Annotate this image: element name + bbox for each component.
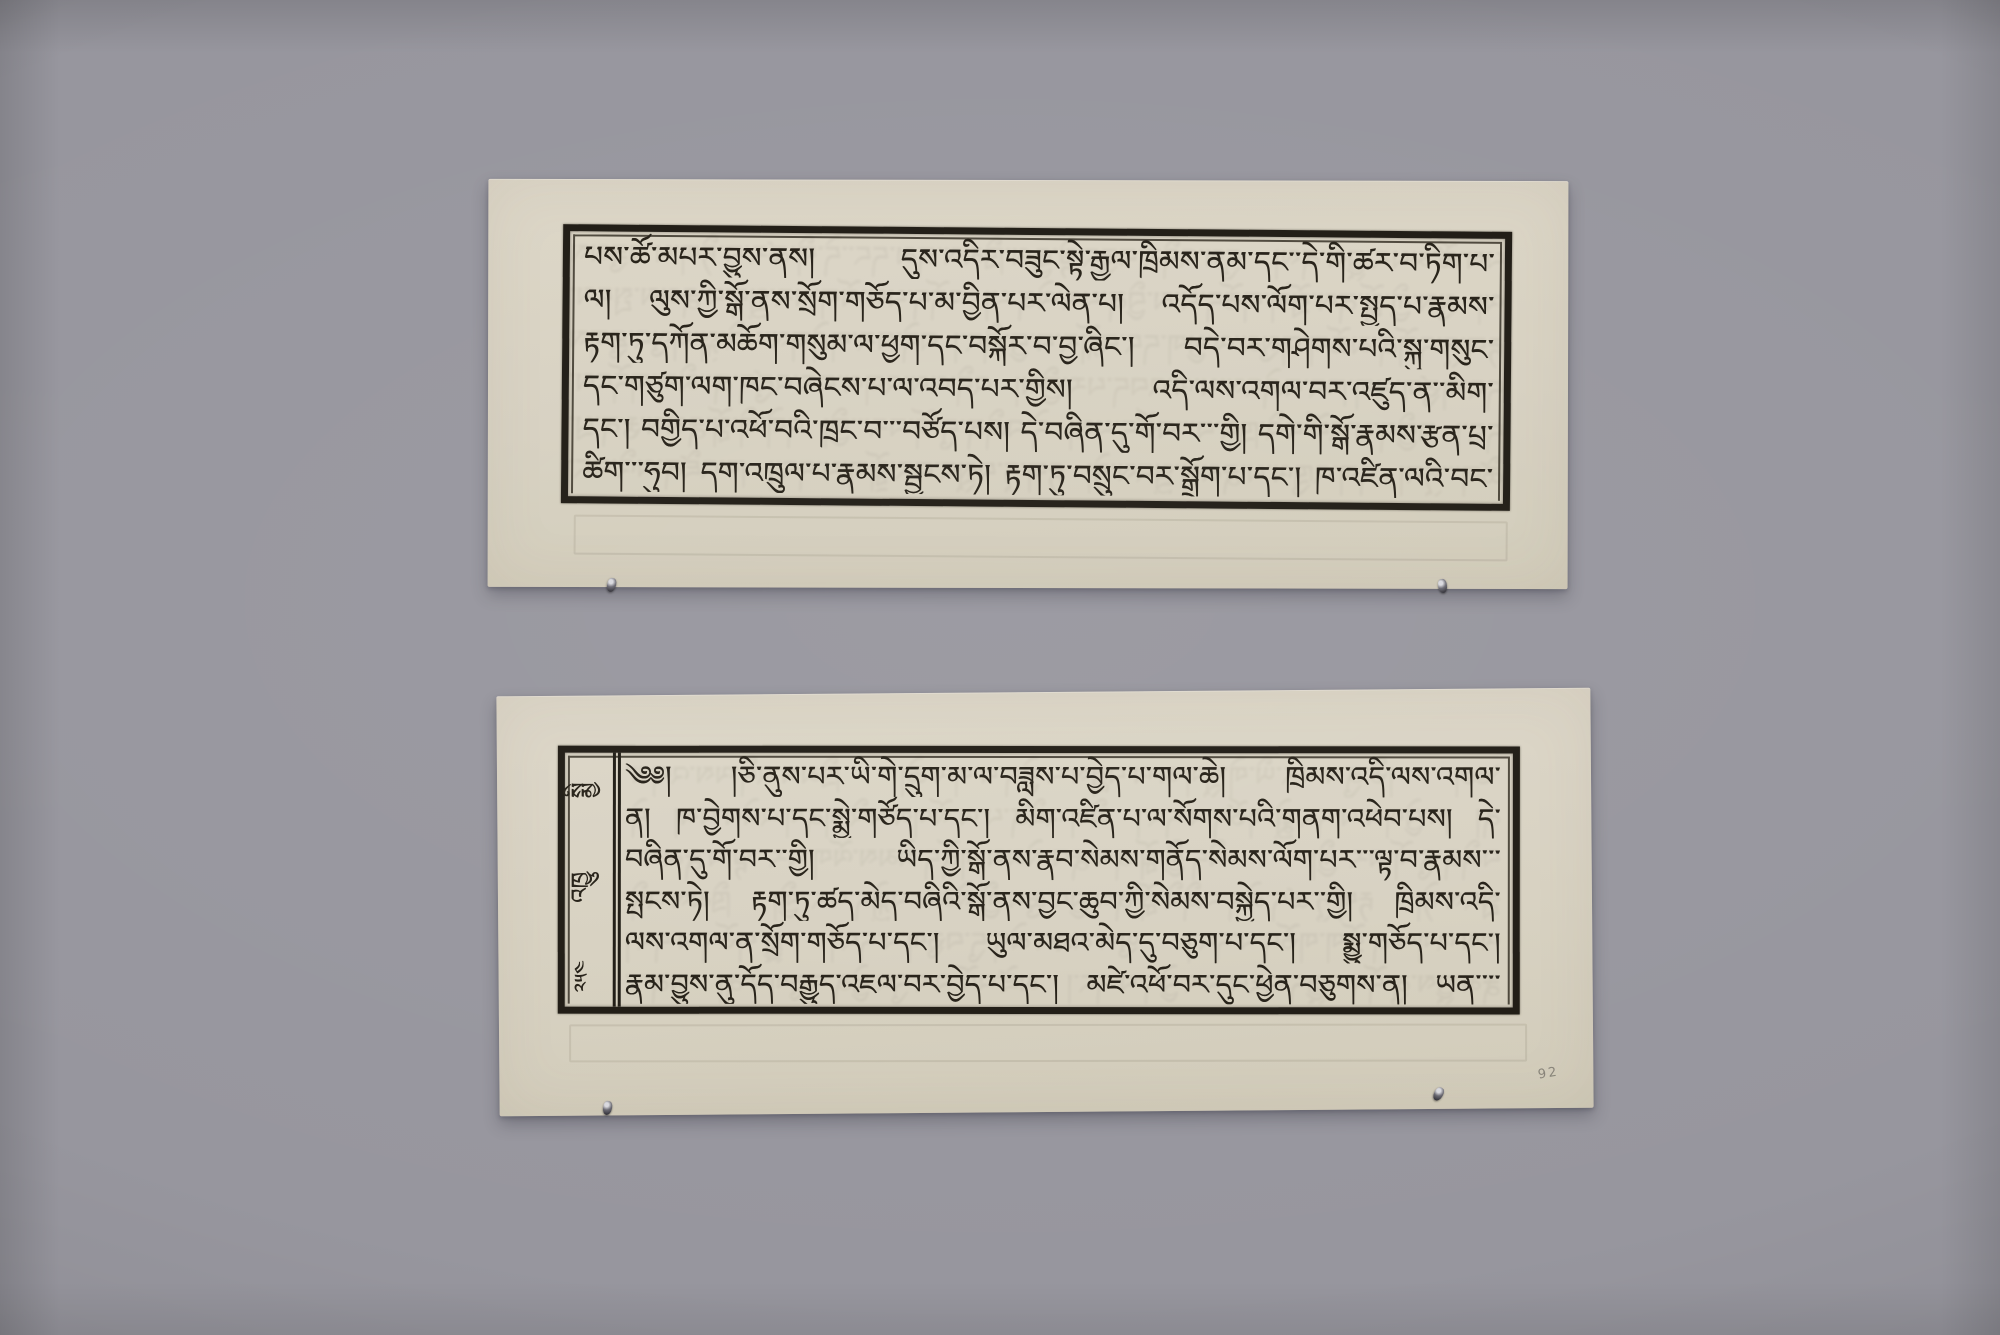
text-line-4: སྤངས་ཏེ། རྟག་ཏུ་ཚད་མེད་བཞིའི་སྒོ་ནས་བྱང་… bbox=[625, 879, 1501, 921]
left-margin-column: སྨྱི འཁྱུ ༢༥༤ bbox=[565, 753, 621, 1007]
margin-mark-middle: འཁྱུ bbox=[554, 872, 619, 903]
mounting-pin bbox=[605, 577, 617, 593]
lower-leaf-printed-frame: སྨྱི འཁྱུ ༢༥༤ ༄༅། །ཅི་ནུས་པར་ཡི་གེ་དྲུག་… bbox=[558, 746, 1520, 1015]
margin-mark-upper: སྨྱི bbox=[554, 783, 619, 799]
text-line-3: བཞིན་དུ་གོ་བར་་གྱི། ཡིད་ཀྱི་སྒོ་ནས་རྣབ་ས… bbox=[625, 838, 1501, 880]
upper-manuscript-leaf: པས་ཚོ་མཔར་བྱུས་ནས། དུས་འདིར་བཟུང་སྟེ་རྒྱ… bbox=[488, 179, 1569, 589]
text-line-5: དང་། བགྱིད་པ་འཕོ་བའི་ཁྲང་བ་་་བཙོད་པས། དེ… bbox=[582, 405, 1493, 455]
text-line-2: ན། ཁ་བྱེགས་པ་དང་སྨྱེ་གཙོད་པ་དང་། མིག་འཛི… bbox=[625, 796, 1501, 838]
text-line-4: དང་གཙུག་ལག་ཁང་བཞེངས་པ་ལ་འབད་པར་གྱིས། འདི… bbox=[583, 362, 1494, 412]
photo-of-manuscript-leaves: པས་ཚོ་མཔར་བྱུས་ནས། དུས་འདིར་བཟུང་སྟེ་རྒྱ… bbox=[0, 0, 2000, 1335]
text-line-6: རྣམ་བྱུས་ནུ་དོད་བརྒྱུད་འཇལ་བར་བྱེད་པ་དང་… bbox=[625, 962, 1501, 1004]
text-line-3: རྟག་ཏུ་དཀོན་མཆོག་གསུམ་ལ་ཕྱག་དང་བསྐོར་བ་བ… bbox=[583, 319, 1494, 369]
pencil-annotation: 92 bbox=[1537, 1064, 1560, 1082]
upper-leaf-text-block: པས་ཚོ་མཔར་བྱུས་ནས། དུས་འདིར་བཟུང་སྟེ་རྒྱ… bbox=[582, 233, 1495, 499]
text-line-2: ལ། ལུས་ཀྱི་སྒོ་ནས་སྲོག་གཅོད་པ་མ་བྱིན་པར་… bbox=[583, 276, 1494, 326]
lower-manuscript-leaf: སྨྱི འཁྱུ ༢༥༤ ༄༅། །ཅི་ནུས་པར་ཡི་གེ་དྲུག་… bbox=[496, 688, 1593, 1117]
folio-number: ༢༥༤ bbox=[560, 960, 614, 991]
text-line-1: པས་ཚོ་མཔར་བྱུས་ནས། དུས་འདིར་བཟུང་སྟེ་རྒྱ… bbox=[584, 233, 1495, 283]
blind-impression-mark bbox=[569, 1024, 1527, 1063]
text-line-5: ལས་འགལ་ན་སྲོག་གཅོད་པ་དང་། ཡུལ་མཐའ་མེད་དུ… bbox=[625, 921, 1501, 963]
blind-impression-mark bbox=[574, 515, 1508, 562]
lower-leaf-text-block: ༄༅། །ཅི་ནུས་པར་ཡི་གེ་དྲུག་མ་ལ་བཟླས་པ་བྱེ… bbox=[625, 755, 1501, 1006]
text-line-6: ཚིག་་་ཧུབ། དག་འཁྲུལ་པ་རྣམས་སྦྱངས་ཏེ། རྟག… bbox=[582, 448, 1493, 498]
upper-leaf-printed-frame: པས་ཚོ་མཔར་བྱུས་ནས། དུས་འདིར་བཟུང་སྟེ་རྒྱ… bbox=[561, 224, 1512, 511]
text-line-1: ༄༅། །ཅི་ནུས་པར་ཡི་གེ་དྲུག་མ་ལ་བཟླས་པ་བྱེ… bbox=[625, 755, 1501, 797]
